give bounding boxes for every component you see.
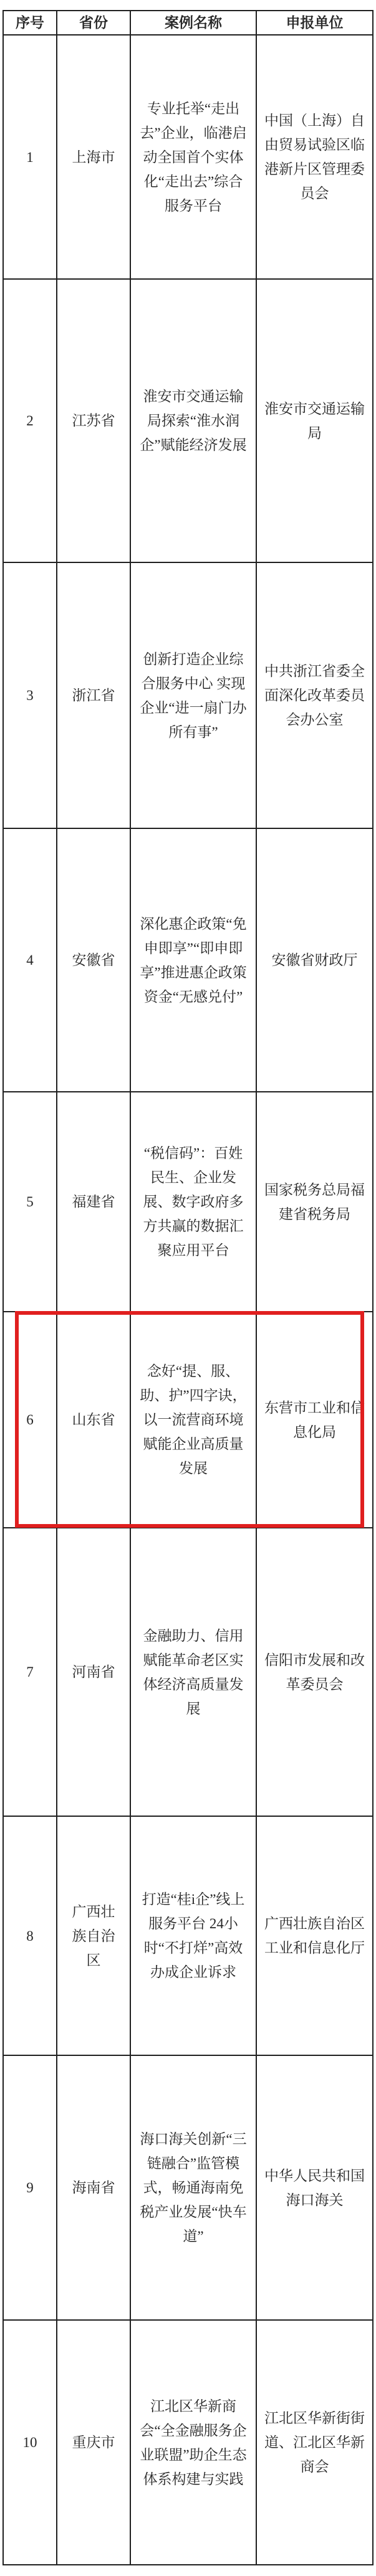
province-cell: 重庆市 [57, 2320, 130, 2565]
header-province: 省份 [57, 11, 130, 35]
table-row: 2江苏省淮安市交通运输局探索“淮水润企”赋能经济发展淮安市交通运输局 [3, 279, 373, 562]
header-reporting-unit: 申报单位 [256, 11, 373, 35]
row-number-cell: 8 [3, 1816, 57, 2055]
unit-cell: 中华人民共和国海口海关 [256, 2055, 373, 2320]
table-body: 1上海市专业托举“走出去”企业，临港启动全国首个实体化“走出去”综合服务平台中国… [3, 35, 373, 2565]
row-number-cell: 2 [3, 279, 57, 562]
row-number-cell: 3 [3, 562, 57, 828]
case-name-cell: 打造“桂i企”线上服务平台 24小时“不打烊”高效办成企业诉求 [130, 1816, 256, 2055]
table-row: 3浙江省创新打造企业综合服务中心 实现企业“进一扇门办所有事”中共浙江省委全面深… [3, 562, 373, 828]
row-number-cell: 1 [3, 35, 57, 279]
table-row: 1上海市专业托举“走出去”企业，临港启动全国首个实体化“走出去”综合服务平台中国… [3, 35, 373, 279]
row-number-cell: 6 [3, 1312, 57, 1528]
unit-cell: 中国（上海）自由贸易试验区临港新片区管理委员会 [256, 35, 373, 279]
unit-cell: 国家税务总局福建省税务局 [256, 1092, 373, 1312]
header-serial-number: 序号 [3, 11, 57, 35]
province-cell: 海南省 [57, 2055, 130, 2320]
province-cell: 山东省 [57, 1312, 130, 1528]
table-row: 4安徽省深化惠企政策“免申即享”“即申即享”推进惠企政策资金“无感兑付”安徽省财… [3, 828, 373, 1092]
document-page: { "colors": { "text": "#262626", "border… [0, 0, 376, 2576]
row-number-cell: 7 [3, 1528, 57, 1816]
unit-cell: 中共浙江省委全面深化改革委员会办公室 [256, 562, 373, 828]
row-number-cell: 5 [3, 1092, 57, 1312]
table-row: 5福建省“税信码”：百姓民生、企业发展、数字政府多方共赢的数据汇聚应用平台国家税… [3, 1092, 373, 1312]
case-name-cell: 念好“提、服、助、护”四字诀，以一流营商环境赋能企业高质量发展 [130, 1312, 256, 1528]
case-name-cell: 江北区华新商会“全金融服务企业联盟”助企生态体系构建与实践 [130, 2320, 256, 2565]
row-number-cell: 4 [3, 828, 57, 1092]
case-name-cell: 深化惠企政策“免申即享”“即申即享”推进惠企政策资金“无感兑付” [130, 828, 256, 1092]
unit-cell: 安徽省财政厅 [256, 828, 373, 1092]
case-name-cell: 金融助力、信用赋能革命老区实体经济高质量发展 [130, 1528, 256, 1816]
unit-cell: 信阳市发展和改革委员会 [256, 1528, 373, 1816]
table-row: 8广西壮族自治区打造“桂i企”线上服务平台 24小时“不打烊”高效办成企业诉求广… [3, 1816, 373, 2055]
case-name-cell: 专业托举“走出去”企业，临港启动全国首个实体化“走出去”综合服务平台 [130, 35, 256, 279]
unit-cell: 广西壮族自治区工业和信息化厅 [256, 1816, 373, 2055]
case-name-cell: 海口海关创新“三链融合”监管模式，畅通海南免税产业发展“快车道” [130, 2055, 256, 2320]
row-number-cell: 9 [3, 2055, 57, 2320]
row-number-cell: 10 [3, 2320, 57, 2565]
header-row: 序号 省份 案例名称 申报单位 [3, 11, 373, 35]
table-row: 9海南省海口海关创新“三链融合”监管模式，畅通海南免税产业发展“快车道”中华人民… [3, 2055, 373, 2320]
table-row: 6山东省念好“提、服、助、护”四字诀，以一流营商环境赋能企业高质量发展东营市工业… [3, 1312, 373, 1528]
unit-cell: 东营市工业和信息化局 [256, 1312, 373, 1528]
province-cell: 江苏省 [57, 279, 130, 562]
province-cell: 福建省 [57, 1092, 130, 1312]
case-name-cell: 创新打造企业综合服务中心 实现企业“进一扇门办所有事” [130, 562, 256, 828]
table-row: 7河南省金融助力、信用赋能革命老区实体经济高质量发展信阳市发展和改革委员会 [3, 1528, 373, 1816]
unit-cell: 江北区华新街街道、江北区华新商会 [256, 2320, 373, 2565]
table-row: 10重庆市江北区华新商会“全金融服务企业联盟”助企生态体系构建与实践江北区华新街… [3, 2320, 373, 2565]
case-name-cell: 淮安市交通运输局探索“淮水润企”赋能经济发展 [130, 279, 256, 562]
case-name-cell: “税信码”：百姓民生、企业发展、数字政府多方共赢的数据汇聚应用平台 [130, 1092, 256, 1312]
table-header: 序号 省份 案例名称 申报单位 [3, 11, 373, 35]
province-cell: 上海市 [57, 35, 130, 279]
province-cell: 河南省 [57, 1528, 130, 1816]
province-cell: 广西壮族自治区 [57, 1816, 130, 2055]
province-cell: 安徽省 [57, 828, 130, 1092]
header-case-name: 案例名称 [130, 11, 256, 35]
case-table: 序号 省份 案例名称 申报单位 1上海市专业托举“走出去”企业，临港启动全国首个… [2, 10, 374, 2565]
unit-cell: 淮安市交通运输局 [256, 279, 373, 562]
province-cell: 浙江省 [57, 562, 130, 828]
